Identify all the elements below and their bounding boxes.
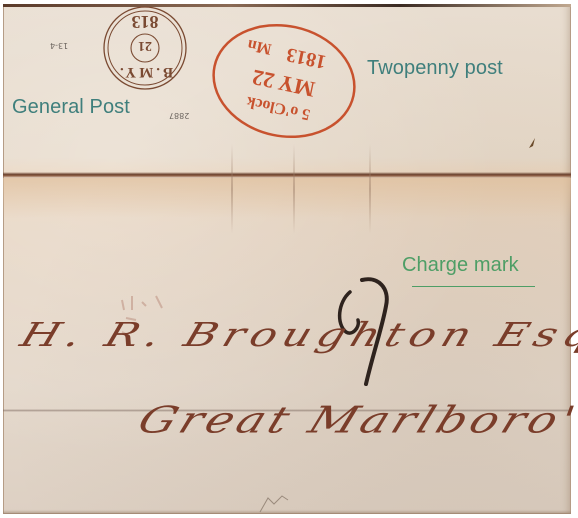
charge-mark-label: Charge mark bbox=[402, 254, 519, 277]
svg-text:2: 2 bbox=[332, 272, 333, 273]
general-post-postmark: 813 21 B.MY. bbox=[97, 3, 193, 93]
vertical-crease bbox=[231, 144, 233, 234]
paper-tear bbox=[258, 490, 298, 514]
pencil-note: 2887 bbox=[169, 111, 189, 120]
charge-mark-underline bbox=[412, 286, 535, 287]
twopenny-post-label: Twopenny post bbox=[367, 57, 503, 80]
svg-text:Mn: Mn bbox=[246, 36, 273, 58]
top-edge bbox=[3, 4, 571, 7]
vertical-crease bbox=[369, 144, 371, 234]
svg-text:21: 21 bbox=[138, 38, 152, 53]
upper-fold-crease bbox=[3, 172, 571, 178]
twopenny-post-postmark: 5 o'Clock MY 22 1813 Mn bbox=[207, 18, 362, 144]
svg-text:813: 813 bbox=[132, 12, 159, 32]
pencil-note: 13-4 bbox=[50, 41, 68, 50]
vertical-crease bbox=[293, 144, 295, 234]
svg-text:1813: 1813 bbox=[284, 43, 328, 73]
svg-text:B.MY.: B.MY. bbox=[117, 64, 173, 80]
address-line-street: Great Marlboro' St. bbox=[132, 398, 578, 441]
ink-spot bbox=[527, 136, 537, 150]
general-post-label: General Post bbox=[12, 96, 130, 119]
fold-shade bbox=[3, 178, 571, 218]
address-line-name: H. R. Broughton Esq bbox=[16, 316, 578, 354]
